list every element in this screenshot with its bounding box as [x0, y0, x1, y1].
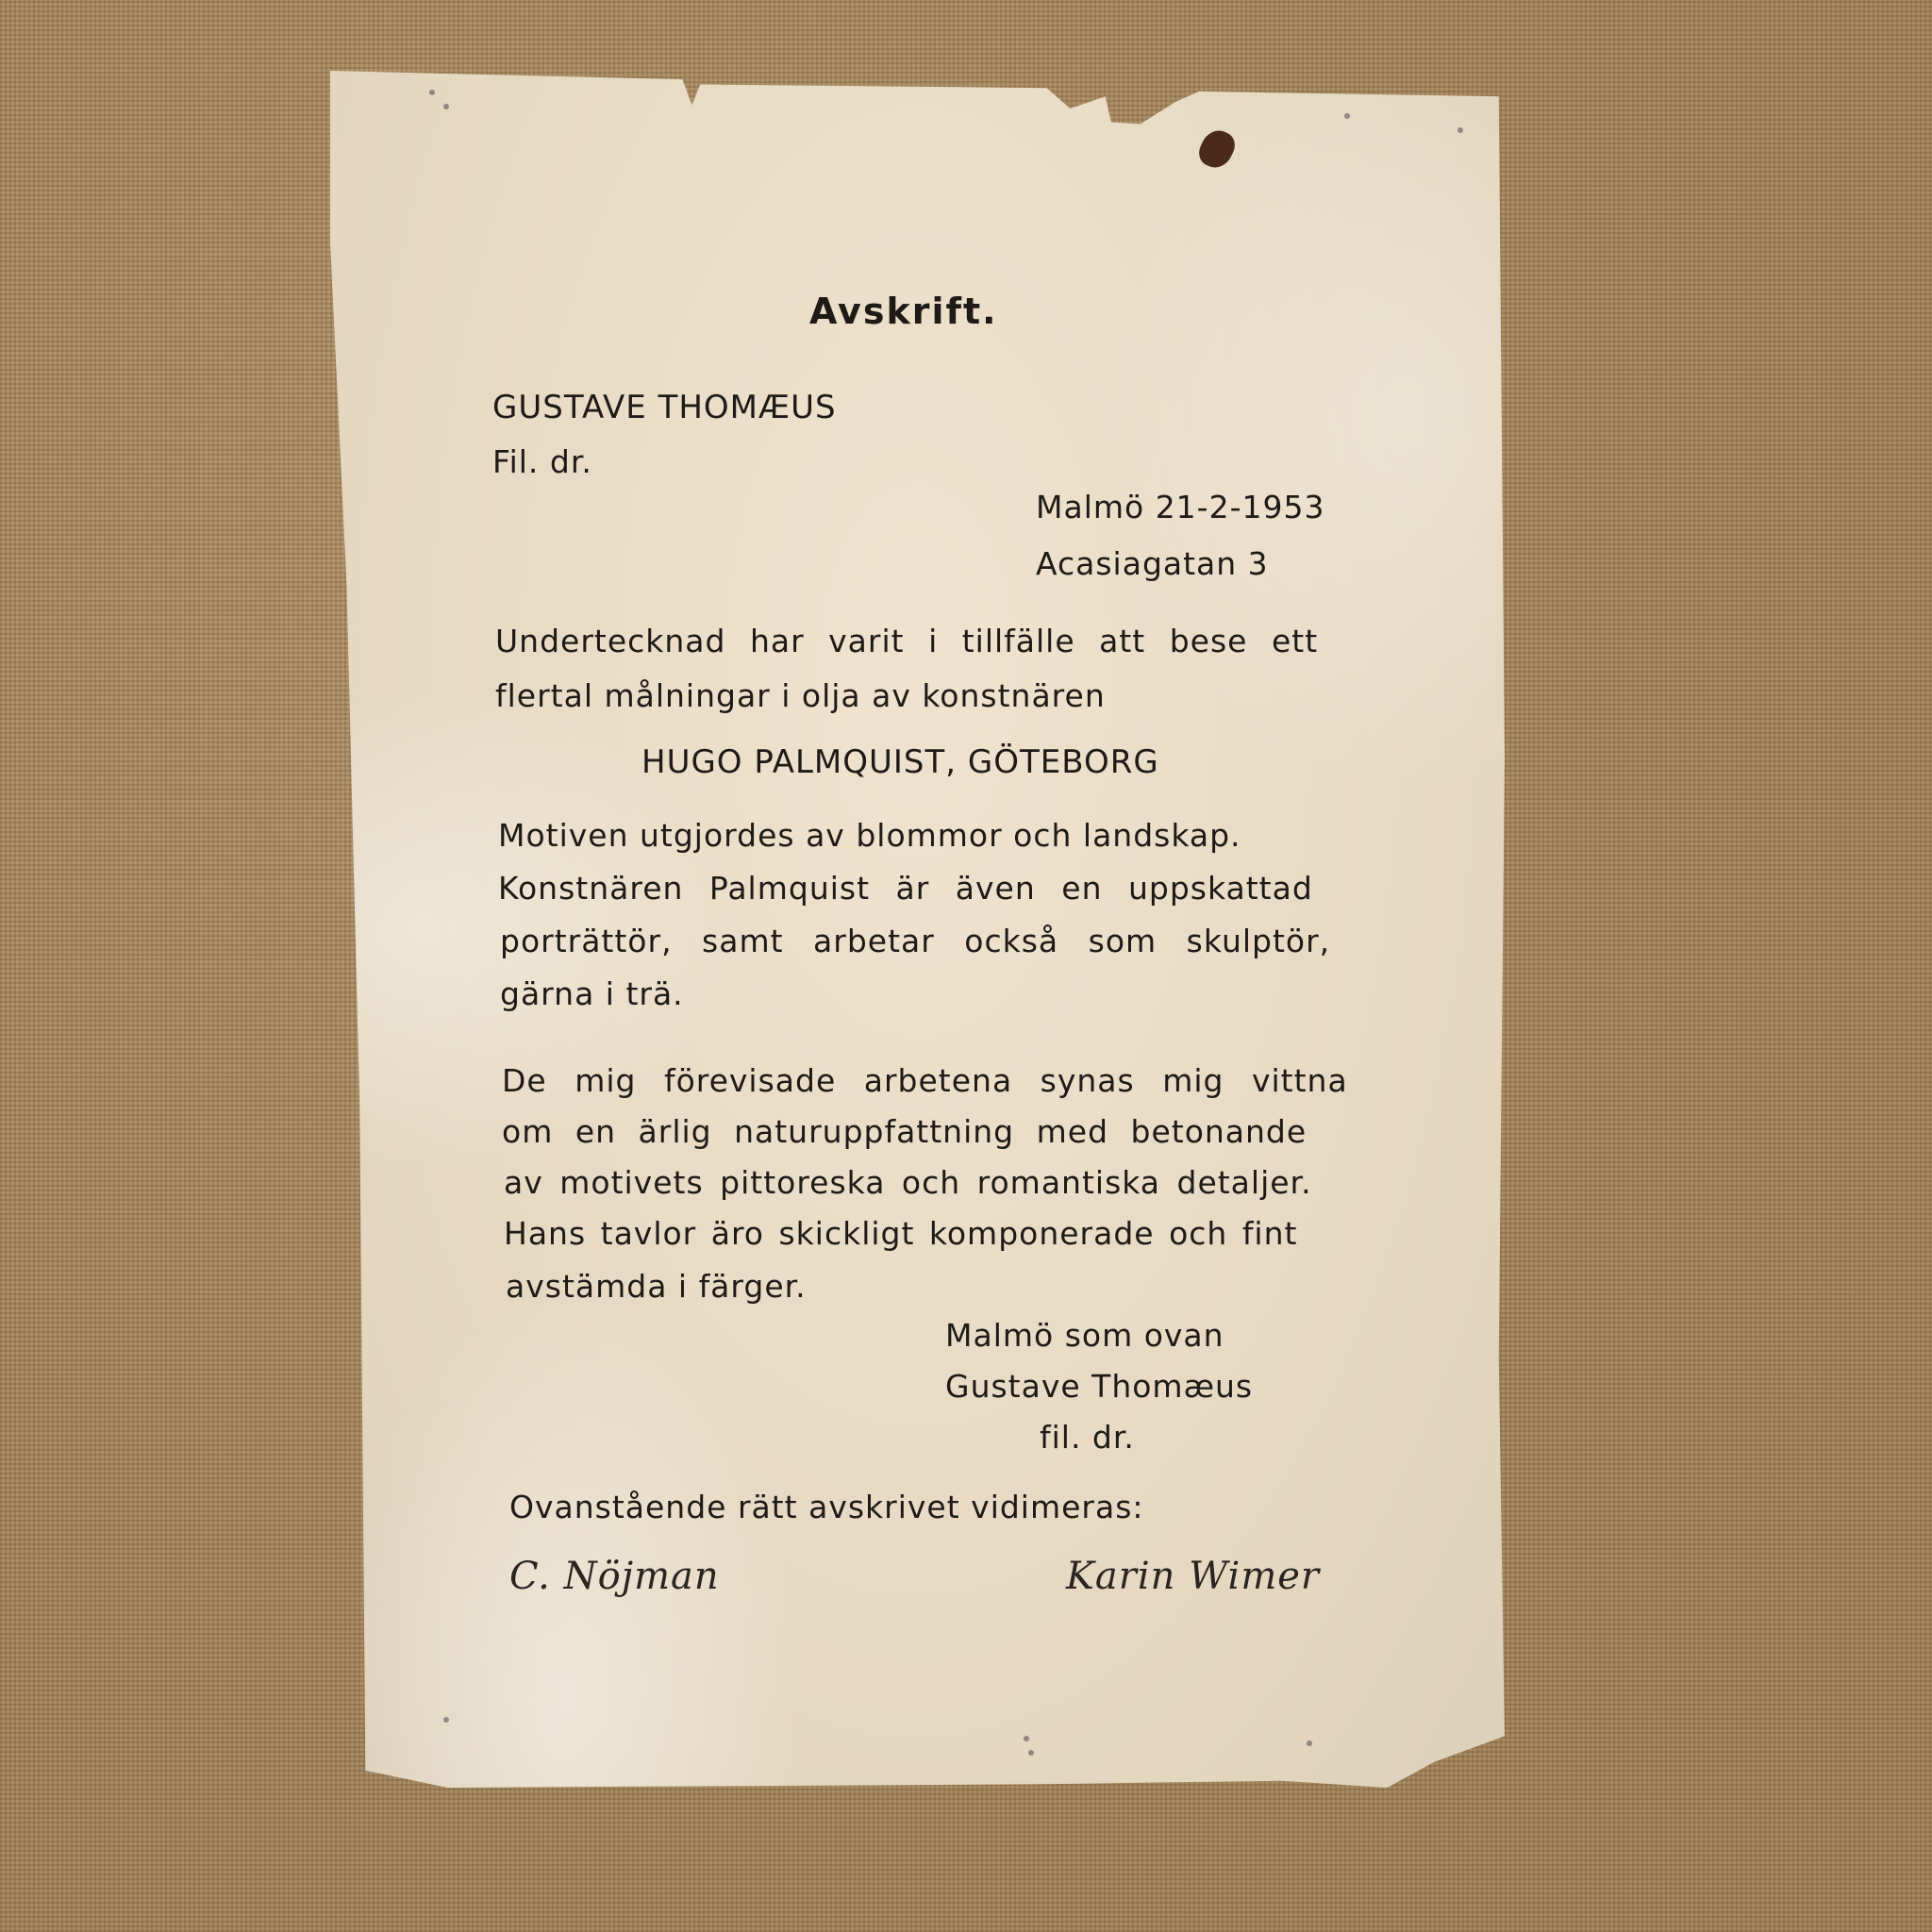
ink-speck: [1457, 127, 1463, 133]
certification-line: Ovanstående rätt avskrivet vidimeras:: [509, 1489, 1144, 1525]
ink-speck: [1024, 1736, 1029, 1741]
ink-speck: [1028, 1750, 1034, 1756]
paragraph-line: avstämda i färger.: [506, 1268, 807, 1305]
ink-speck: [443, 1717, 449, 1723]
paragraph-line: om en ärlig naturuppfattning med betonan…: [502, 1113, 1307, 1150]
ink-speck: [443, 104, 449, 109]
paragraph-line: De mig förevisade arbetena synas mig vit…: [502, 1062, 1348, 1099]
paragraph-line: flertal målningar i olja av konstnären: [495, 677, 1106, 714]
paragraph-line: Hans tavlor äro skickligt komponerade oc…: [504, 1215, 1297, 1252]
sender-title: Fil. dr.: [492, 443, 592, 480]
sender-name: GUSTAVE THOMÆUS: [492, 389, 837, 426]
closing-title: fil. dr.: [1040, 1419, 1135, 1456]
signature-1: C. Nöjman: [509, 1555, 720, 1598]
ink-speck: [1344, 113, 1350, 119]
paragraph-line: Konstnären Palmquist är även en uppskatt…: [498, 870, 1313, 907]
paragraph-line: porträttör, samt arbetar också som skulp…: [500, 923, 1330, 959]
paragraph-line: av motivets pittoreska och romantiska de…: [504, 1164, 1312, 1201]
ink-speck: [429, 90, 435, 95]
closing-place: Malmö som ovan: [945, 1317, 1224, 1354]
paragraph-line: gärna i trä.: [500, 975, 684, 1012]
place-date: Malmö 21-2-1953: [1036, 489, 1324, 525]
address: Acasiagatan 3: [1036, 545, 1269, 582]
signature-2: Karin Wimer: [1066, 1555, 1320, 1598]
paragraph-line: Undertecknad har varit i tillfälle att b…: [495, 623, 1363, 659]
paragraph-line: Motiven utgjordes av blommor och landska…: [498, 817, 1241, 854]
document-heading: Avskrift.: [809, 291, 998, 332]
closing-name: Gustave Thomæus: [945, 1368, 1253, 1405]
ink-speck: [1307, 1740, 1312, 1746]
artist-name: HUGO PALMQUIST, GÖTEBORG: [641, 743, 1159, 781]
